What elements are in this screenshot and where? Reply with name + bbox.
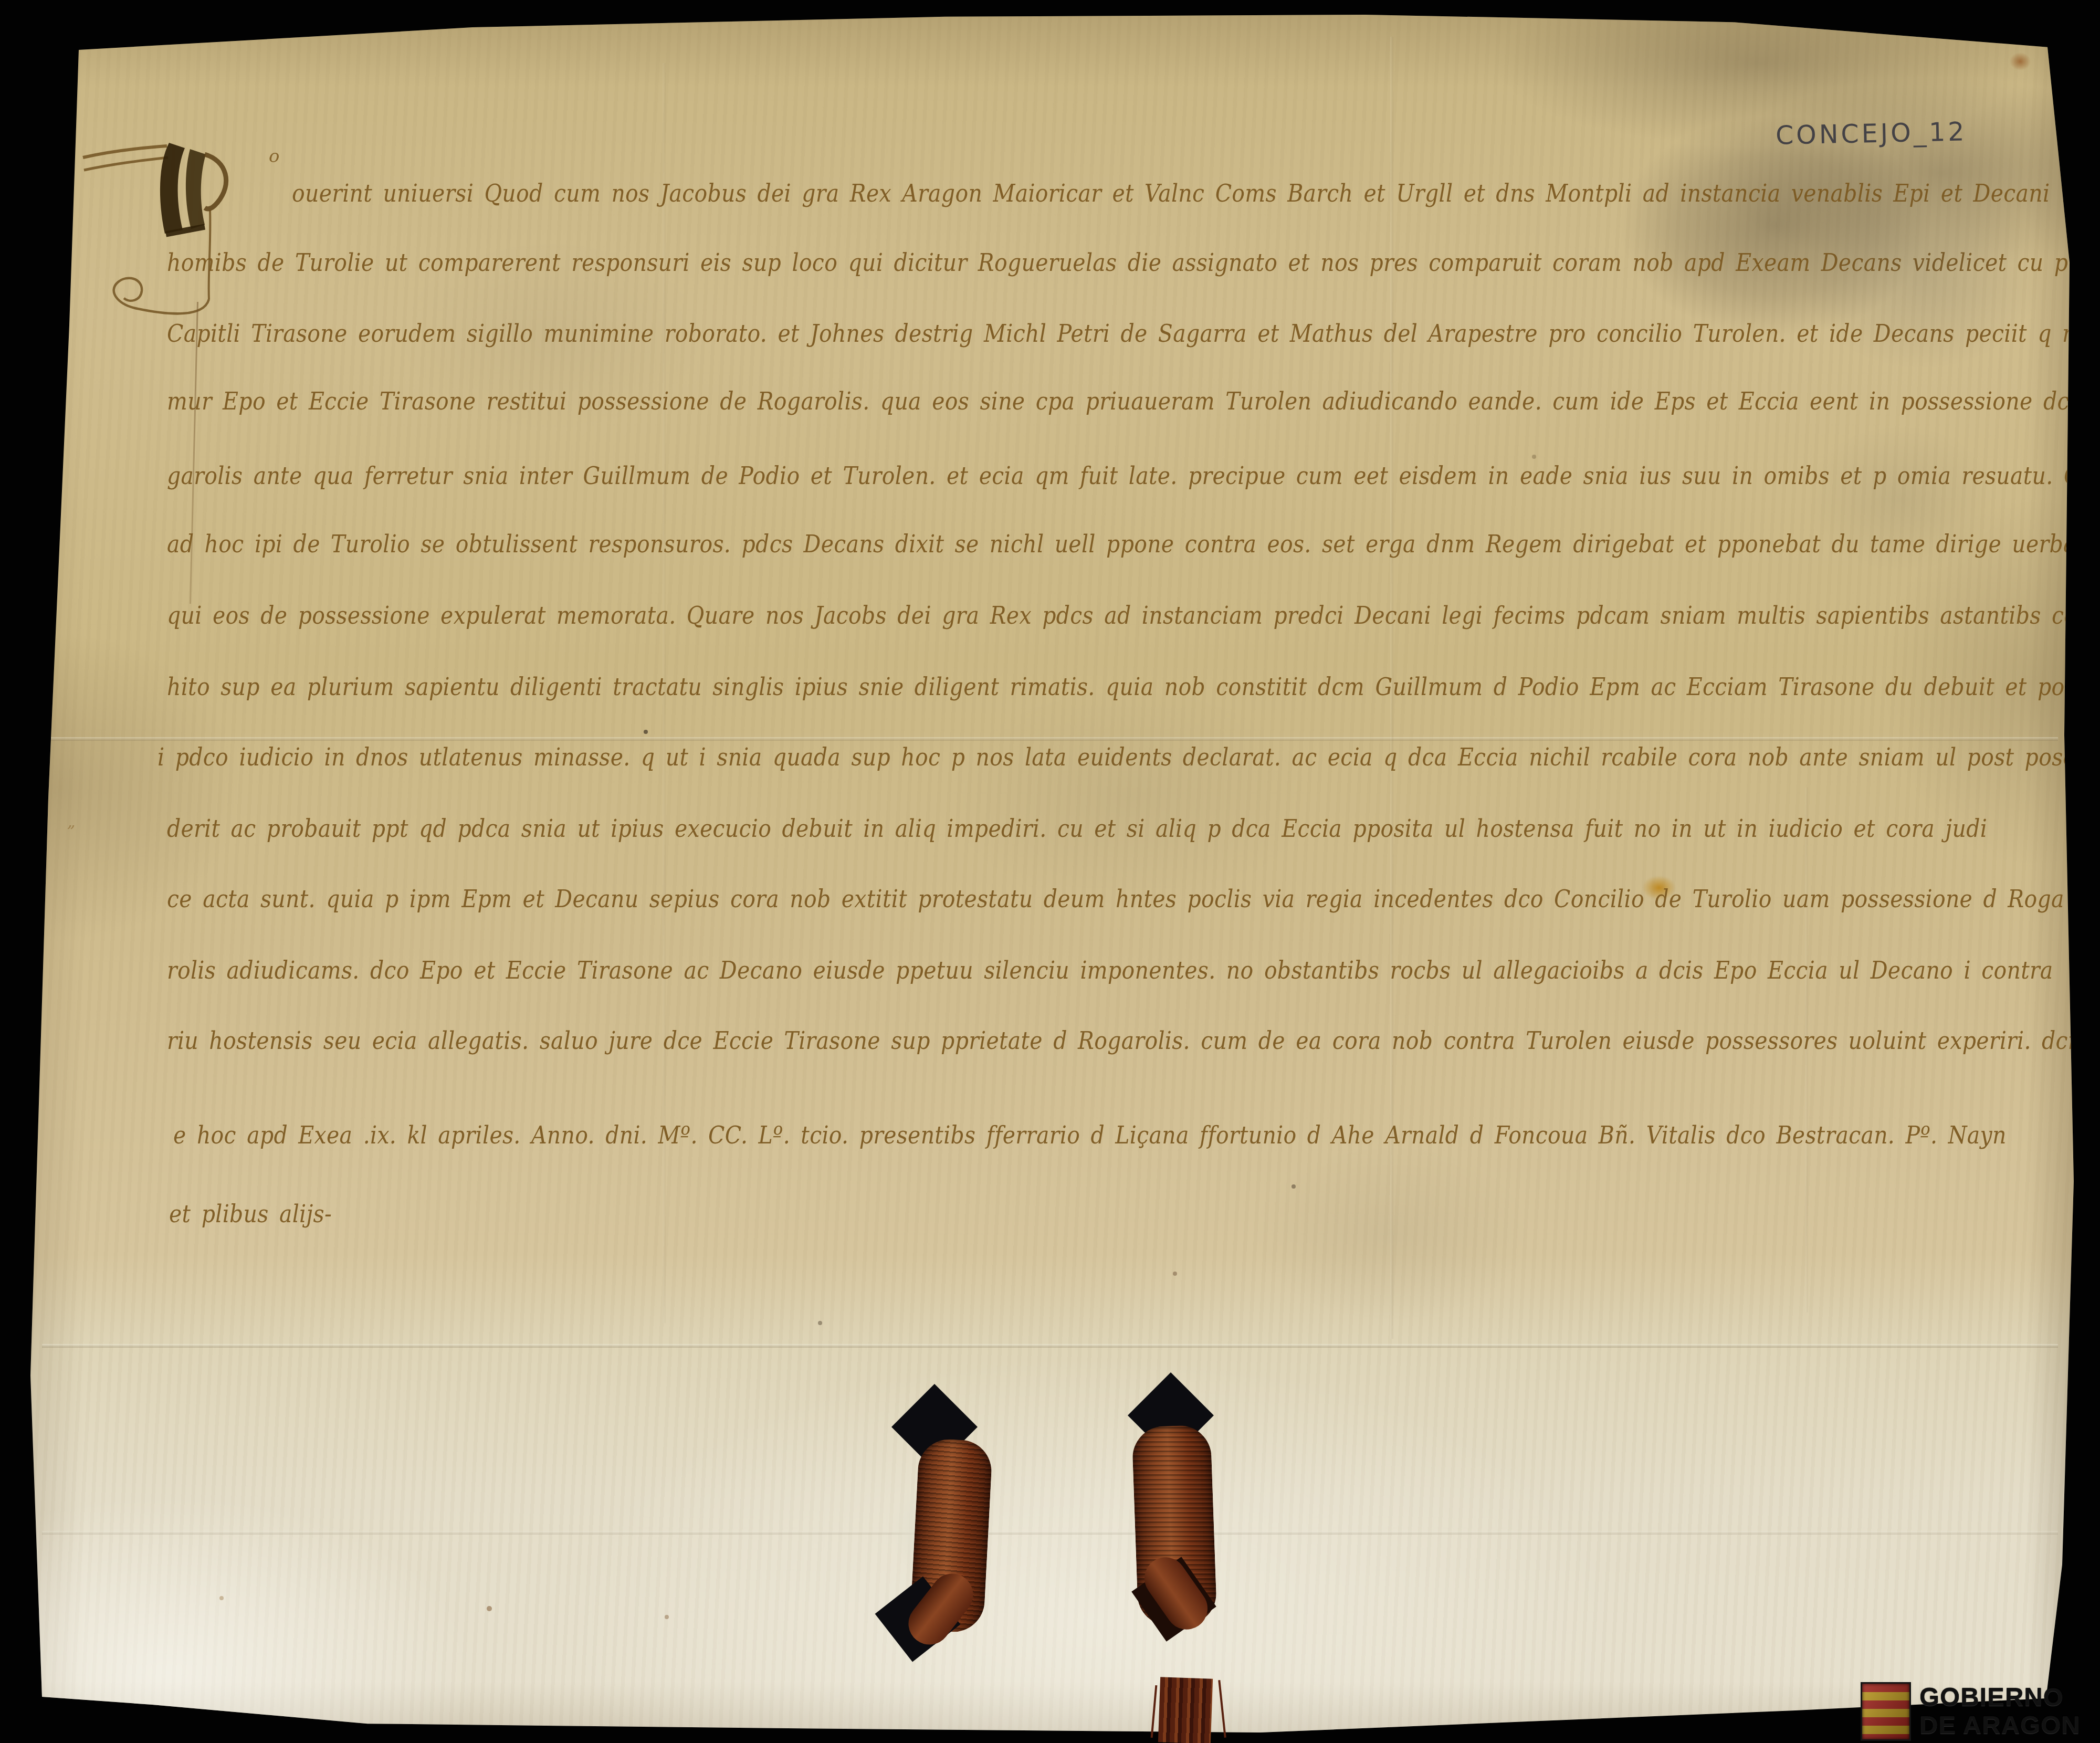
right-seal-hanging-thread <box>1158 1677 1213 1743</box>
parchment-specks <box>0 0 2 2</box>
photograph-of-parchment-charter: CONCEJO_12 o „ ouerint uniuersi Quod cum… <box>0 0 2100 1743</box>
corner-stain <box>2010 52 2031 70</box>
watermark-text: GOBIERNO DE ARAGON <box>1919 1684 2081 1739</box>
manuscript-line: garolis ante qua ferretur snia inter Gui… <box>167 464 2100 488</box>
manuscript-line: mur Epo et Eccie Tirasone restitui posse… <box>167 390 2100 414</box>
manuscript-line: hito sup ea plurium sapientu diligenti t… <box>167 675 2100 699</box>
manuscript-line-dating-clause: e hoc apd Exea .ix. kl apriles. Anno. dn… <box>173 1123 2007 1148</box>
archival-reference-label: CONCEJO_12 <box>1775 117 1967 151</box>
superscript-abbreviation-mark: o <box>269 146 279 167</box>
margin-tick-mark: „ <box>67 813 76 831</box>
gobierno-de-aragon-watermark: GOBIERNO DE ARAGON <box>1861 1682 2081 1741</box>
manuscript-line: riu hostensis seu ecia allegatis. saluo … <box>167 1029 2088 1053</box>
watermark-line2: DE ARAGON <box>1919 1711 2081 1739</box>
fold-crease-horizontal-3 <box>42 1531 2058 1535</box>
manuscript-line: qui eos de possessione expulerat memorat… <box>167 604 2100 628</box>
manuscript-line: ce acta sunt. quia p ipm Epm et Decanu s… <box>167 887 2064 911</box>
watermark-line1: GOBIERNO <box>1919 1684 2081 1711</box>
parchment: CONCEJO_12 o „ ouerint uniuersi Quod cum… <box>0 0 2100 1743</box>
manuscript-line: Capitli Tirasone eorudem sigillo munimin… <box>167 322 2100 346</box>
fold-crease-horizontal-1 <box>42 737 2058 741</box>
manuscript-line: derit ac probauit ppt qd pdca snia ut ip… <box>167 817 1987 841</box>
manuscript-line: ad hoc ipi de Turolio se obtulissent res… <box>167 532 2100 556</box>
manuscript-line: i pdco iudicio in dnos utlatenus minasse… <box>157 745 2076 770</box>
manuscript-line: ouerint uniuersi Quod cum nos Jacobus de… <box>292 182 2100 206</box>
manuscript-line: homibs de Turolie ut comparerent respons… <box>167 251 2100 275</box>
manuscript-line: rolis adiudicams. dco Epo et Eccie Tiras… <box>167 959 2053 983</box>
aragon-shield-icon <box>1861 1682 1911 1741</box>
manuscript-line-closing: et plibus alijs- <box>169 1202 332 1226</box>
fold-crease-horizontal-2 <box>42 1344 2058 1348</box>
